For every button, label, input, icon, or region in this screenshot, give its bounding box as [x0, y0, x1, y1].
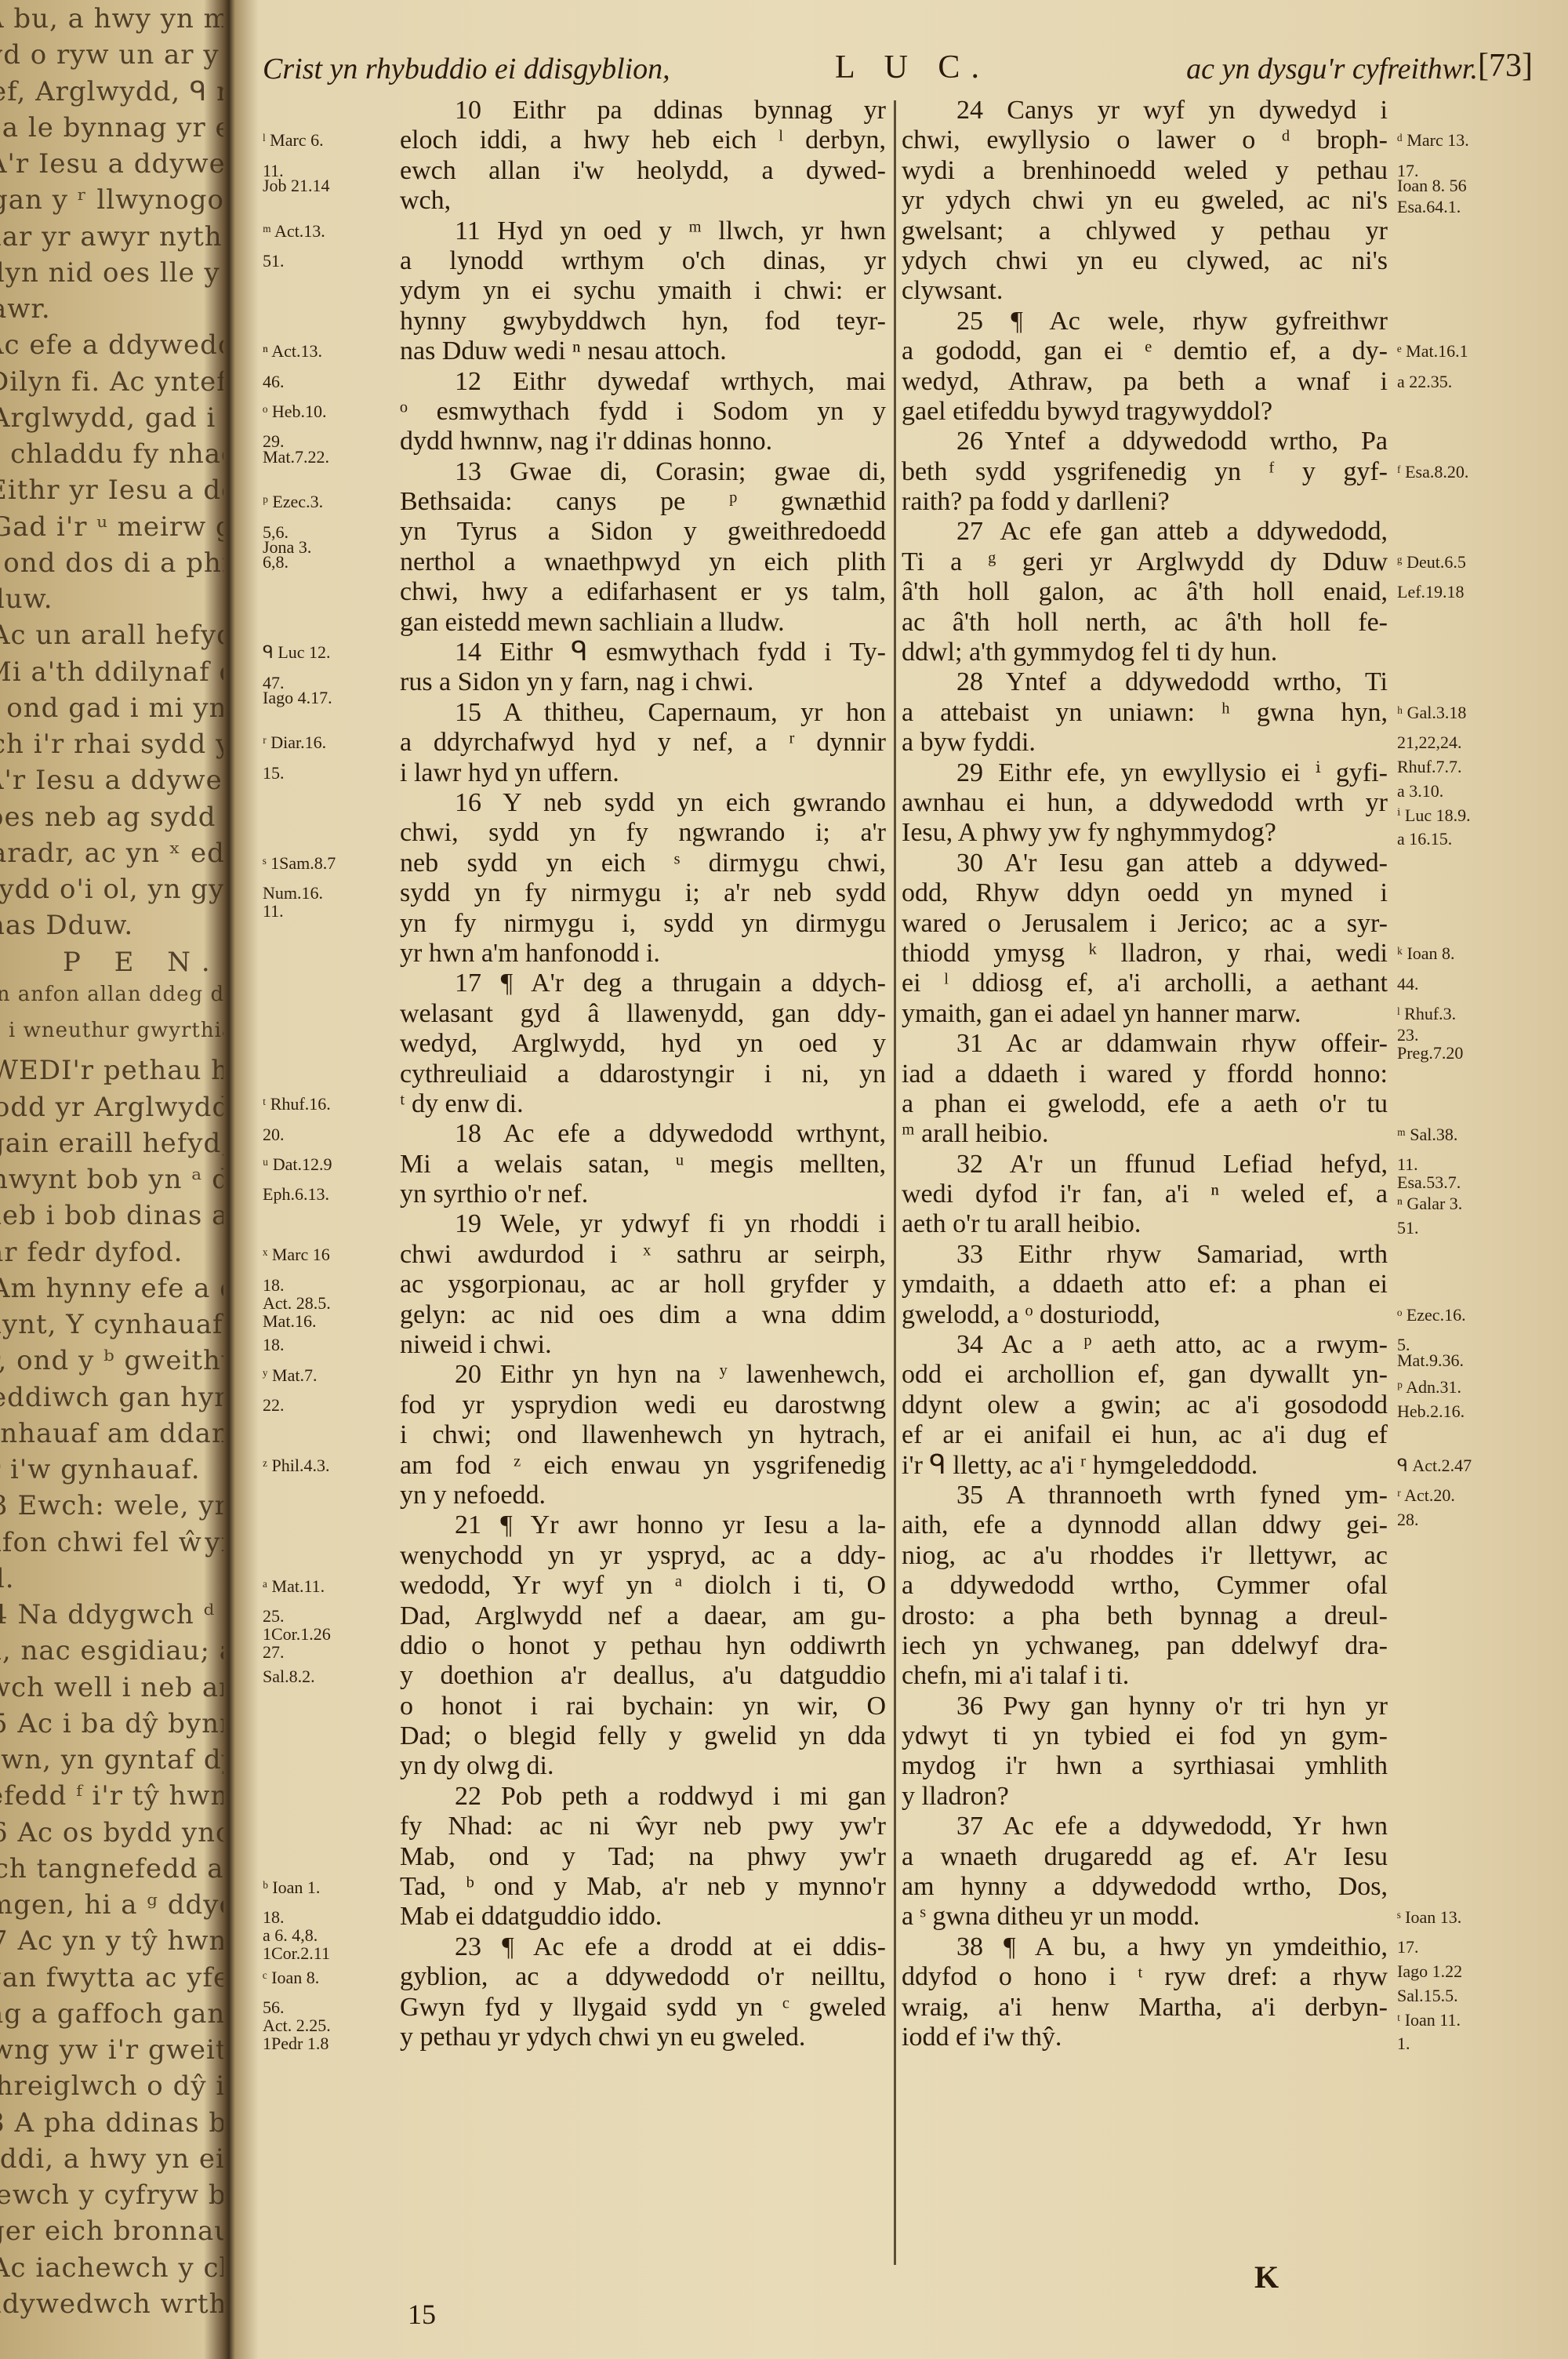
text-line: 33 Eithr rhyw Samariad, wrth	[902, 1240, 1388, 1270]
margin-reference: 22.	[263, 1397, 285, 1414]
text-line: ddwl; a'th gymmydog fel ti dy hun.	[902, 638, 1388, 667]
text-line: ydwyt ti yn tybied ei fod yn gym-	[902, 1721, 1388, 1751]
prev-page-line: ba le bynnag yr elych.	[0, 112, 223, 144]
margin-reference: ᵐ Act.13.	[263, 223, 325, 240]
text-line: wydi a brenhinoedd weled y pethau	[902, 156, 1388, 186]
text-line: a lynodd wrthym o'ch dinas, yr	[400, 246, 886, 276]
text-line: chwi, sydd yn fy ngwrando i; a'r	[400, 818, 886, 848]
text-line: a gododd, gan ei ᵉ demtio ef, a dy-	[902, 336, 1388, 366]
text-line: ddynt olew a gwin; ac a'i gosododd	[902, 1390, 1388, 1420]
text-line: gael etifeddu bywyd tragywyddol?	[902, 397, 1388, 427]
text-line: aith, efe a dynnodd allan ddwy gei-	[902, 1510, 1388, 1540]
prev-page-line: ich tangnefedd a orphwys arno	[0, 1853, 223, 1885]
prev-page-line: dar yr awyr nythod; ond ga-	[0, 221, 223, 253]
text-line: welasant gyd â llawenydd, gan ddy-	[400, 999, 886, 1029]
text-line: Gwyn fyd y llygaid sydd yn ᶜ gweled	[400, 1993, 886, 2023]
prev-page-line: wng yw i'r gweithwr ei gyflog.	[0, 2034, 223, 2066]
prev-page-line: ; ond gad i mi yn gyntaf gan	[0, 692, 223, 724]
text-line: odd, Rhyw ddyn oedd yn myned i	[902, 878, 1388, 908]
text-line: 36 Pwy gan hynny o'r tri hyn yr	[902, 1692, 1388, 1721]
text-line: wedyd, Arglwydd, hyd yn oed y	[400, 1029, 886, 1059]
margin-reference: Act. 28.5.	[263, 1295, 331, 1312]
text-line: i'r ᑫ lletty, ac a'i ʳ hymgeleddodd.	[902, 1451, 1388, 1481]
margin-reference: ᶻ Phil.4.3.	[263, 1457, 330, 1474]
margin-reference: Lef.19.18	[1397, 583, 1465, 601]
text-line: Mab, ond y Tad; na phwy yw'r	[400, 1842, 886, 1872]
text-line: Ti a ᵍ geri yr Arglwydd dy Dduw	[902, 547, 1388, 577]
text-line: yn dy olwg di.	[400, 1751, 886, 1781]
prev-page-line: ddywedwch wrthynt, agos attoch	[0, 2288, 223, 2320]
margin-reference: 17.	[1397, 1939, 1419, 1956]
margin-reference: 51.	[263, 253, 285, 270]
text-line: nerthol a wnaethpwyd yn eich plith	[400, 547, 886, 577]
margin-reference: a 16.15.	[1397, 831, 1452, 848]
margin-reference: a 22.35.	[1397, 373, 1452, 391]
text-line: ddio o honot y pethau hyn oddiwrth	[400, 1631, 886, 1661]
text-line: ydych chwi yn eu clywed, ac ni's	[902, 246, 1388, 276]
prev-page-line: Arglwydd, gad i mi yn gyntaf	[0, 402, 223, 434]
text-line: eloch iddi, a hwy heb eich ˡ derbyn,	[400, 125, 886, 155]
text-line: y pethau yr ydych chwi yn eu gweled.	[400, 2023, 886, 2052]
text-line: thiodd ymysg ᵏ lladron, y rhai, wedi	[902, 939, 1388, 969]
prev-page-line: yn anfon allan ddeg disgyblaith	[0, 983, 223, 1006]
margin-reference: Eph.6.13.	[263, 1186, 329, 1203]
text-line: 26 Yntef a ddywedodd wrtho, Pa	[902, 427, 1388, 456]
margin-reference: ʳ Act.20.	[1397, 1487, 1455, 1504]
signature-mark: 15	[408, 2298, 436, 2331]
margin-reference: ᵖ Ezec.3.	[263, 493, 323, 511]
text-line: 37 Ac efe a ddywedodd, Yr hwn	[902, 1812, 1388, 1841]
prev-page-line: sydd o'i ol, yn gymmwys	[0, 874, 223, 905]
margin-reference: 1Cor.2.11	[263, 1945, 330, 1962]
text-line: wenychodd yn yr yspryd, ac a ddy-	[400, 1541, 886, 1571]
margin-reference: Act. 2.25.	[263, 2017, 331, 2034]
prev-page-line: Ac efe a ddywedodd wrth un	[0, 329, 223, 361]
margin-reference: 23.	[1397, 1027, 1419, 1044]
prev-page-line: gan fwytta ac yfed y cyfryw bethau	[0, 1962, 223, 1994]
text-line: 20 Eithr yn hyn na ʸ lawenhewch,	[400, 1360, 886, 1390]
text-line: 24 Canys yr wyf yn dywedyd i	[902, 96, 1388, 125]
text-line: sydd yn fy nirmygu i; a'r neb sydd	[400, 878, 886, 908]
prev-page-line: Am hynny efe a ddywedodd	[0, 1273, 223, 1304]
prev-page-line: ar fedr dyfod.	[0, 1237, 183, 1268]
margin-reference: ᶜ Ioan 8.	[263, 1969, 319, 1986]
text-line: 31 Ac ar ddamwain rhyw offeir-	[902, 1029, 1388, 1059]
prev-page-line: efedd ᶠ i'r tŷ hwn.	[0, 1780, 223, 1812]
margin-reference: 56.	[263, 1999, 285, 2016]
prev-page-line: threiglwch o dŷ i dŷ.	[0, 2070, 223, 2102]
margin-reference: ᵐ Sal.38.	[1397, 1126, 1457, 1143]
margin-reference: 1Cor.1.26	[263, 1626, 331, 1643]
text-line: ᵐ arall heibio.	[902, 1119, 1388, 1149]
text-line: chwi, ewyllysio o lawer o ᵈ broph-	[902, 125, 1388, 155]
prev-page-line: tewch y cyfryw bethau ag a roddir	[0, 2179, 223, 2211]
text-line: Bethsaida: canys pe ᵖ gwnæthid	[400, 487, 886, 517]
text-line: ef ar ei anifail ei hun, ac a'i dug ef	[902, 1420, 1388, 1450]
prev-page-line: eddiwch gan hynny ar Arglwydd	[0, 1382, 223, 1413]
margin-reference: Mat.7.22.	[263, 449, 329, 466]
prev-page-line: dyn nid oes lle y ˢ rhoddo ei	[0, 257, 223, 289]
text-line: gyblion, ac a ddywedodd o'r neilltu,	[400, 1962, 886, 1992]
text-line: ei ˡ ddiosg ef, a'i archolli, a aethant	[902, 969, 1388, 998]
text-line: a attebaist yn uniawn: ʰ gwna hyn,	[902, 698, 1388, 728]
prev-page-line: aradr, ac yn ˣ edrych ar y pe-	[0, 838, 223, 869]
column-rule	[894, 100, 896, 2265]
text-column-left: 10 Eithr pa ddinas bynnag yreloch iddi, …	[400, 96, 886, 2052]
text-line: wedi dyfod i'r fan, a'i ⁿ weled ef, a	[902, 1179, 1388, 1209]
prev-page-line: neb i bob dinas a man lle'r oedd	[0, 1200, 223, 1231]
margin-reference: ˡ Rhuf.3.	[1397, 1005, 1456, 1023]
text-line: 19 Wele, yr ydwyf fi yn rhoddi i	[400, 1209, 886, 1239]
margin-reference: 28.	[1397, 1511, 1419, 1528]
prev-page-line: gain eraill hefyd, ac a'u danfo-	[0, 1128, 223, 1159]
running-title-left: Crist yn rhybuddio ei ddisgyblion,	[263, 52, 670, 86]
text-line: 25 ¶ Ac wele, rhyw gyfreithwr	[902, 307, 1388, 336]
text-line: gelyn: ac nid oes dim a wna ddim	[400, 1300, 886, 1330]
text-line: 27 Ac efe gan atteb a ddywedodd,	[902, 517, 1388, 547]
text-line: 32 A'r un ffunud Lefiad hefyd,	[902, 1150, 1388, 1179]
margin-reference: 18.	[263, 1909, 285, 1926]
text-line: 30 A'r Iesu gan atteb a ddywed-	[902, 849, 1388, 878]
text-line: yn Tyrus a Sidon y gweithredoedd	[400, 517, 886, 547]
margin-reference: ᑫ Act.2.47	[1397, 1457, 1472, 1474]
text-line: 15 A thitheu, Capernaum, yr hon	[400, 698, 886, 728]
text-line: ymaith, gan ei adael yn hanner marw.	[902, 999, 1388, 1029]
text-line: 13 Gwae di, Corasin; gwae di,	[400, 457, 886, 487]
margin-reference: ⁿ Galar 3.	[1397, 1195, 1462, 1212]
prev-page-line: mgen, hi a ᵍ ddychwel attoch chwi.	[0, 1889, 223, 1921]
margin-reference: a 6. 4,8.	[263, 1927, 318, 1944]
margin-reference: ᵒ Ezec.16.	[1397, 1307, 1466, 1324]
prev-page-line: duw.	[0, 583, 53, 615]
margin-reference: ʰ Gal.3.18	[1397, 704, 1466, 722]
text-line: 23 ¶ Ac efe a drodd at ei ddis-	[400, 1932, 886, 1962]
prev-page-line: Eithr yr Iesu a ddywedodd	[0, 474, 223, 506]
prev-page-line: 5 Ac i ba dŷ bynnag yr eloch	[0, 1708, 223, 1739]
prev-page-line: WEDI'r pethau hyn, yr ordei-	[0, 1055, 223, 1086]
margin-reference: Ioan 8. 56	[1397, 177, 1467, 194]
text-line: y lladron?	[902, 1782, 1388, 1812]
prev-page-line: A'r Iesu a ddywedodd wrtho	[0, 765, 223, 796]
margin-reference: ᶠ Esa.8.20.	[1397, 463, 1468, 481]
text-line: wch,	[400, 186, 886, 216]
margin-reference: Num.16.	[263, 885, 323, 902]
prev-page-line: P E N. X.	[63, 947, 223, 978]
previous-page-fragment: A bu, a hwy yn myned,yd o ryw un ar y ff…	[0, 0, 223, 2359]
text-line: yr ydych chwi yn eu gweled, ac ni's	[902, 186, 1388, 216]
margin-reference: Iago 1.22	[1397, 1963, 1462, 1980]
text-line: nas Dduw wedi ⁿ nesau attoch.	[400, 336, 886, 366]
text-line: niog, ac a'u rhoddes i'r llettywr, ac	[902, 1541, 1388, 1571]
text-line: neb sydd yn eich ˢ dirmygu chwi,	[400, 849, 886, 878]
margin-reference: 11.	[263, 903, 284, 920]
text-line: yn y nefoedd.	[400, 1481, 886, 1510]
text-line: awnhau ei hun, a ddywedodd wrth yr	[902, 788, 1388, 818]
margin-reference: ᵏ Ioan 8.	[1397, 945, 1455, 962]
margin-reference: a 3.10.	[1397, 783, 1443, 800]
text-line: 10 Eithr pa ddinas bynnag yr	[400, 96, 886, 125]
text-line: yn syrthio o'r nef.	[400, 1179, 886, 1209]
margin-reference: ᵗ Rhuf.16.	[263, 1096, 331, 1113]
text-line: fod yr ysprydion wedi eu darostwng	[400, 1390, 886, 1420]
margin-reference: ⁱ Luc 18.9.	[1397, 807, 1471, 824]
text-line: a byw fyddi.	[902, 728, 1388, 758]
prev-page-line: iddi, a hwy yn eich derbyn, bwyt-	[0, 2143, 223, 2175]
page-number: [73]	[1478, 47, 1533, 85]
text-line: a phan ei gwelodd, efe a aeth o'r tu	[902, 1089, 1388, 1119]
text-line: hynny gwybyddwch hyn, fod teyr-	[400, 307, 886, 336]
prev-page-line: 4 Na ddygwch ᵈ gôd, nac ysgrepan,	[0, 1599, 223, 1630]
margin-reference: 21,22,24.	[1397, 734, 1462, 751]
prev-page-line: Mi a'th ddilynaf di, O Ar-	[0, 656, 223, 688]
text-column-right: 24 Canys yr wyf yn dywedyd ichwi, ewylly…	[902, 96, 1388, 2052]
margin-reference: 51.	[1397, 1219, 1419, 1237]
text-line: y doethion a'r deallus, a'u datguddio	[400, 1661, 886, 1691]
margin-reference: ˢ Ioan 13.	[1397, 1909, 1461, 1926]
prev-page-line: Ac iachewch y cleifion a fyddo	[0, 2252, 223, 2284]
margin-reference: Preg.7.20	[1397, 1045, 1463, 1062]
prev-page-line: r, ond y ᵇ gweithwyr yn anaml:	[0, 1345, 223, 1376]
text-line: wared o Jerusalem i Jerico; ac a syr-	[902, 909, 1388, 939]
text-line: Dad; o blegid felly y gwelid yn dda	[400, 1721, 886, 1751]
margin-reference: ᵗ Ioan 11.	[1397, 2012, 1461, 2029]
text-line: mydog i'r hwn a syrthiasai ymhlith	[902, 1751, 1388, 1781]
prev-page-line: Dilyn fi. Ac yntef a ddywe-	[0, 366, 223, 398]
margin-reference: 18.	[263, 1277, 285, 1294]
text-line: aeth o'r tu arall heibio.	[902, 1209, 1388, 1239]
text-line: ewch allan i'w heolydd, a dywed-	[400, 156, 886, 186]
margin-reference: ᵈ Marc 13.	[1397, 132, 1469, 149]
text-line: i lawr hyd yn uffern.	[400, 758, 886, 788]
prev-page-line: d.	[0, 1563, 15, 1594]
prev-page-line: ger eich bronnau:	[0, 2215, 223, 2247]
prev-page-line: ch i'r rhai sydd yn fy nhŷ.	[0, 729, 223, 760]
text-line: clywsant.	[902, 276, 1388, 306]
margin-reference: ᵉ Mat.16.1	[1397, 343, 1468, 360]
text-line: drosto: a pha beth bynnag a dreul-	[902, 1601, 1388, 1631]
running-title-right: ac yn dysgu'r cyfreithwr.	[1186, 52, 1478, 86]
margin-reference: Sal.8.2.	[263, 1668, 315, 1685]
prev-page-line: n, nac esgidiau; ac na ᵉ chyf-	[0, 1635, 223, 1667]
text-line: fy Nhad: ac ni ŵyr neb pwy yw'r	[400, 1812, 886, 1841]
prev-page-line: hwynt bob yn ᵃ ddau o flaen	[0, 1164, 223, 1195]
text-line: wraig, a'i henw Martha, a'i derbyn-	[902, 1993, 1388, 2023]
prev-page-line: 7 Ac yn y tŷ hwnnw arhoswch,	[0, 1925, 223, 1957]
prev-page-line: gan y ʳ llwynogod ffauau,	[0, 184, 223, 216]
prev-page-line: ynhauaf am ddanfon allan weith-	[0, 1418, 223, 1449]
margin-reference: 25.	[263, 1608, 285, 1625]
margin-reference: ᵒ Heb.10.	[263, 403, 327, 420]
text-line: 38 ¶ A bu, a hwy yn ymdeithio,	[902, 1932, 1388, 1962]
margin-reference: ᵍ Deut.6.5	[1397, 554, 1466, 571]
prev-page-line: yd o ryw un ar y ffordd	[0, 39, 223, 71]
margin-reference: 6,8.	[263, 554, 289, 571]
text-line: odd ei archollion ef, gan dywallt yn-	[902, 1360, 1388, 1390]
margin-reference: 44.	[1397, 976, 1419, 993]
text-line: dydd hwnnw, nag i'r ddinas honno.	[400, 427, 886, 456]
text-line: i chwi; ond llawenhewch yn hytrach,	[400, 1420, 886, 1450]
margin-reference: Sal.15.5.	[1397, 1987, 1458, 2005]
text-line: wedyd, Athraw, pa beth a wnaf i	[902, 367, 1388, 397]
text-line: 35 A thrannoeth wrth fyned ym-	[902, 1481, 1388, 1510]
text-line: yn fy nirmygu i, sydd yn dirmygu	[400, 909, 886, 939]
prev-page-line: : ond dos di a phregetha deyr-	[0, 547, 223, 579]
text-line: iech yn ychwaneg, pan ddelwyf dra-	[902, 1631, 1388, 1661]
margin-reference: Mat.16.	[263, 1313, 316, 1330]
margin-reference: ᵃ Mat.11.	[263, 1578, 325, 1595]
text-line: am fod ᶻ eich enwau yn ysgrifenedig	[400, 1451, 886, 1481]
margin-reference: ˣ Marc 16	[263, 1246, 330, 1263]
prev-page-line: Gad i'r ᵘ meirw gladdu eu	[0, 511, 223, 543]
margin-reference: 15.	[263, 765, 285, 782]
text-line: Iesu, A phwy yw fy nghymmydog?	[902, 818, 1388, 848]
text-line: 21 ¶ Yr awr honno yr Iesu a la-	[400, 1510, 886, 1540]
text-line: 29 Eithr efe, yn ewyllysio ei ⁱ gyfi-	[902, 758, 1388, 788]
margin-reference: ˡ Marc 6.	[263, 132, 324, 149]
prev-page-line: oes neb ag sydd yn rhoi ei law	[0, 801, 223, 833]
margin-reference: ˢ 1Sam.8.7	[263, 855, 336, 872]
margin-reference: ᑫ Luc 12.	[263, 644, 331, 661]
margin-reference: 27.	[263, 1644, 285, 1661]
margin-reference: 46.	[263, 373, 285, 391]
text-line: â'th holl galon, ac â'th holl enaid,	[902, 577, 1388, 607]
margin-reference: Mat.9.36.	[1397, 1352, 1464, 1369]
prev-page-line: hynt, Y cynhauaf yn wir sydd	[0, 1309, 223, 1340]
text-line: gwelodd, a ᵒ dosturiodd,	[902, 1300, 1388, 1330]
margin-reference: ⁿ Act.13.	[263, 343, 322, 360]
prev-page-line: a chladdu fy nhad.	[0, 438, 223, 470]
text-line: ymdaith, a ddaeth atto ef: a phan ei	[902, 1270, 1388, 1299]
margin-reference: 1Pedr 1.8	[263, 2035, 328, 2052]
text-line: rus a Sidon yn y farn, nag i chwi.	[400, 667, 886, 697]
text-line: beth sydd ysgrifenedig yn ᶠ y gyf-	[902, 457, 1388, 487]
text-line: chefn, mi a'i talaf i ti.	[902, 1661, 1388, 1691]
prev-page-line: awr.	[0, 293, 51, 325]
text-line: 14 Eithr ᑫ esmwythach fydd i Ty-	[400, 638, 886, 667]
book-title: L U C.	[835, 49, 990, 86]
prev-page-line: nas Dduw.	[0, 910, 133, 941]
text-line: ac â'th holl nerth, ac â'th holl fe-	[902, 608, 1388, 638]
text-line: wedodd, Yr wyf yn ᵃ diolch i ti, O	[400, 1571, 886, 1601]
margin-reference: ʳ Diar.16.	[263, 734, 326, 751]
margin-reference: 11.	[1397, 1156, 1418, 1173]
text-line: 12 Eithr dywedaf wrthych, mai	[400, 367, 886, 397]
prev-page-line: A bu, a hwy yn myned,	[0, 3, 223, 35]
margin-reference: ʸ Mat.7.	[263, 1367, 317, 1384]
prev-page-line: nfon chwi fel ŵyn ymysg bleiddiaid.	[0, 1527, 223, 1558]
prev-page-line: Ac un arall hefyd a ddywed-	[0, 620, 223, 651]
margin-reference: Job 21.14	[263, 177, 330, 194]
prev-page-line: ef, Arglwydd, ᑫ mi a'th ga-	[0, 76, 223, 107]
text-line: niweid i chwi.	[400, 1330, 886, 1360]
prev-page-line: iodd yr Arglwydd ddeg	[0, 1092, 223, 1123]
prev-page-line: wch well i neb ar y ffordd.	[0, 1672, 223, 1703]
text-line: iad a ddaeth i wared y ffordd honno:	[902, 1060, 1388, 1089]
margin-reference: 18.	[263, 1336, 285, 1354]
text-line: 11 Hyd yn oed y ᵐ llwch, yr hwn	[400, 216, 886, 246]
margin-reference: 20.	[263, 1126, 285, 1143]
margin-reference: Esa.53.7.	[1397, 1174, 1461, 1191]
text-line: iodd ef i'w thŷ.	[902, 2023, 1388, 2052]
text-line: cythreuliaid a ddarostyngir i ni, yn	[400, 1060, 886, 1089]
text-line: 16 Y neb sydd yn eich gwrando	[400, 788, 886, 818]
running-header: Crist yn rhybuddio ei ddisgyblion, L U C…	[263, 44, 1533, 91]
book-page-spread: A bu, a hwy yn myned,yd o ryw un ar y ff…	[0, 0, 1568, 2359]
margin-reference: ᵇ Ioan 1.	[263, 1879, 320, 1896]
margin-reference: Rhuf.7.7.	[1397, 758, 1462, 776]
prev-page-line: 3 Ewch: wele, yr ᶜ wyf fi yn eich	[0, 1490, 223, 1521]
text-line: chwi, hwy a edifarhasent er ys talm,	[400, 577, 886, 607]
text-line: a ddywedodd wrtho, Cymmer ofal	[902, 1571, 1388, 1601]
margin-reference: ᵖ Adn.31.	[1397, 1379, 1461, 1396]
text-line: ᵗ dy enw di.	[400, 1089, 886, 1119]
prev-page-line: n i wneuthur gwyrthiau, &c.	[0, 1019, 223, 1042]
text-line: 34 Ac a ᵖ aeth atto, ac a rwym-	[902, 1330, 1388, 1360]
prev-page-line: 6 Ac os bydd yno fab tangnefedd	[0, 1817, 223, 1848]
prev-page-line: 8 A pha ddinas bynnag yr eloch	[0, 2107, 223, 2139]
margin-reference: Iago 4.17.	[263, 689, 332, 707]
text-line: ac ysgorpionau, ac ar holl gryfder y	[400, 1270, 886, 1299]
text-line: raith? pa fodd y darlleni?	[902, 487, 1388, 517]
text-line: Dad, Arglwydd nef a daear, am gu-	[400, 1601, 886, 1631]
margin-reference: 1.	[1397, 2035, 1410, 2052]
text-line: Mi a welais satan, ᵘ megis mellten,	[400, 1150, 886, 1179]
text-line: am hynny a ddywedodd wrtho, Dos,	[902, 1872, 1388, 1902]
text-line: a wnaeth drugaredd ag ef. A'r Iesu	[902, 1842, 1388, 1872]
text-line: Tad, ᵇ ond y Mab, a'r neb y mynno'r	[400, 1872, 886, 1902]
text-line: ᵒ esmwythach fydd i Sodom yn y	[400, 397, 886, 427]
text-line: yr hwn a'm hanfonodd i.	[400, 939, 886, 969]
text-line: 22 Pob peth a roddwyd i mi gan	[400, 1782, 886, 1812]
text-line: 17 ¶ A'r deg a thrugain a ddych-	[400, 969, 886, 998]
text-line: Mab ei ddatguddio iddo.	[400, 1902, 886, 1932]
text-line: a ddyrchafwyd hyd y nef, a ʳ dynnir	[400, 728, 886, 758]
text-line: ddyfod o hono i ᵗ ryw dref: a rhyw	[902, 1962, 1388, 1992]
text-line: a ˢ gwna ditheu yr un modd.	[902, 1902, 1388, 1932]
text-line: gwelsant; a chlywed y pethau yr	[902, 216, 1388, 246]
margin-reference: Esa.64.1.	[1397, 198, 1461, 216]
text-line: gan eistedd mewn sachliain a lludw.	[400, 608, 886, 638]
prev-page-line: A'r Iesu a ddywedodd wrtho,	[0, 148, 223, 180]
text-line: chwi awdurdod i ˣ sathru ar seirph,	[400, 1240, 886, 1270]
margin-reference: ᵘ Dat.12.9	[263, 1156, 332, 1173]
text-line: 18 Ac efe a ddywedodd wrthynt,	[400, 1119, 886, 1149]
text-line: o honot i rai bychain: yn wir, O	[400, 1692, 886, 1721]
text-line: ydym yn ei sychu ymaith i chwi: er	[400, 276, 886, 306]
catchword: K	[1254, 2259, 1279, 2295]
prev-page-line: ewn, yn gyntaf dywedwch, Tang-	[0, 1744, 223, 1776]
prev-page-line: ag a gaffoch ganddynt: canys	[0, 1998, 223, 2030]
text-line: 28 Yntef a ddywedodd wrtho, Ti	[902, 667, 1388, 697]
prev-page-line: r i'w gynhauaf.	[0, 1454, 201, 1485]
margin-reference: Heb.2.16.	[1397, 1403, 1465, 1420]
